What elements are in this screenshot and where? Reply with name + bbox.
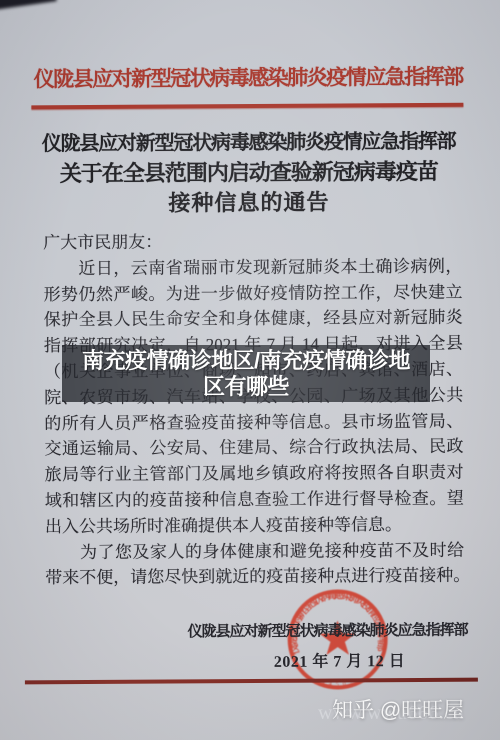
letterhead-org: 仪陇县应对新型冠状病毒感染肺炎疫情应急指挥部 — [0, 60, 498, 93]
footer-rule — [25, 678, 478, 684]
notice-title-line2: 关于在全县范围内启动查验新冠病毒疫苗 — [0, 154, 499, 188]
body-line: 形势仍然严峻。为进一步做好疫情防控工作，尽快建立免疫屏障， — [43, 279, 462, 307]
caption-line2: 区有哪些 — [203, 374, 289, 400]
notice-title-line3: 接种信息的通告 — [0, 184, 499, 218]
body-line: 带来不便，请您尽快到就近的疫苗接种点进行疫苗接种。 — [45, 563, 464, 591]
body-line: 出入公共场所时准确提供本人疫苗接种等信息。 — [45, 511, 464, 539]
notice-body: 广大市民朋友： 近日，云南省瑞丽市发现新冠肺炎本土确诊病例，疫情防控 形势仍然严… — [43, 228, 464, 592]
caption-line1: 南充疫情确诊地区/南充疫情确诊地 — [82, 348, 410, 374]
body-line: 广大市民朋友： — [43, 228, 462, 256]
body-line: 交通运输局、公安局、住建局、综合行政执法局、民政局、文广 — [44, 434, 463, 462]
body-line: 旅局等行业主管部门及属地乡镇政府将按照各自职责对分管领 — [45, 460, 464, 488]
body-line: 域和辖区内的疫苗接种信息查验工作进行督导检查。望广大市民 — [45, 486, 464, 514]
signature-date: 2021 年 7 月 12 日 — [274, 648, 406, 672]
letterhead-rule — [31, 103, 463, 109]
notice-title-org-line: 仪陇县应对新型冠状病毒感染肺炎疫情应急指挥部 — [0, 124, 499, 156]
body-line: 近日，云南省瑞丽市发现新冠肺炎本土确诊病例，疫情防控 — [43, 253, 462, 281]
signature-org: 仪陇县应对新型冠状病毒感染肺炎应急指挥部 — [188, 619, 468, 642]
body-line: 为了您及家人的身体健康和避免接种疫苗不及时给您出行 — [45, 537, 464, 565]
zhihu-watermark: 知乎 @旺旺屋 — [332, 694, 464, 724]
caption-overlay: 南充疫情确诊地区/南充疫情确诊地 区有哪些 — [62, 345, 430, 402]
body-line: 的所有人员严格查验疫苗接种等信息。县市场监管局、商经信局、 — [44, 408, 463, 436]
document-photo: 仪陇县应对新型冠状病毒感染肺炎疫情应急指挥部 仪陇县应对新型冠状病毒感染肺炎疫情… — [0, 0, 500, 740]
body-line: 保护全县人民生命安全和身体健康，经县应对新冠肺炎疫情应急 — [44, 305, 463, 333]
